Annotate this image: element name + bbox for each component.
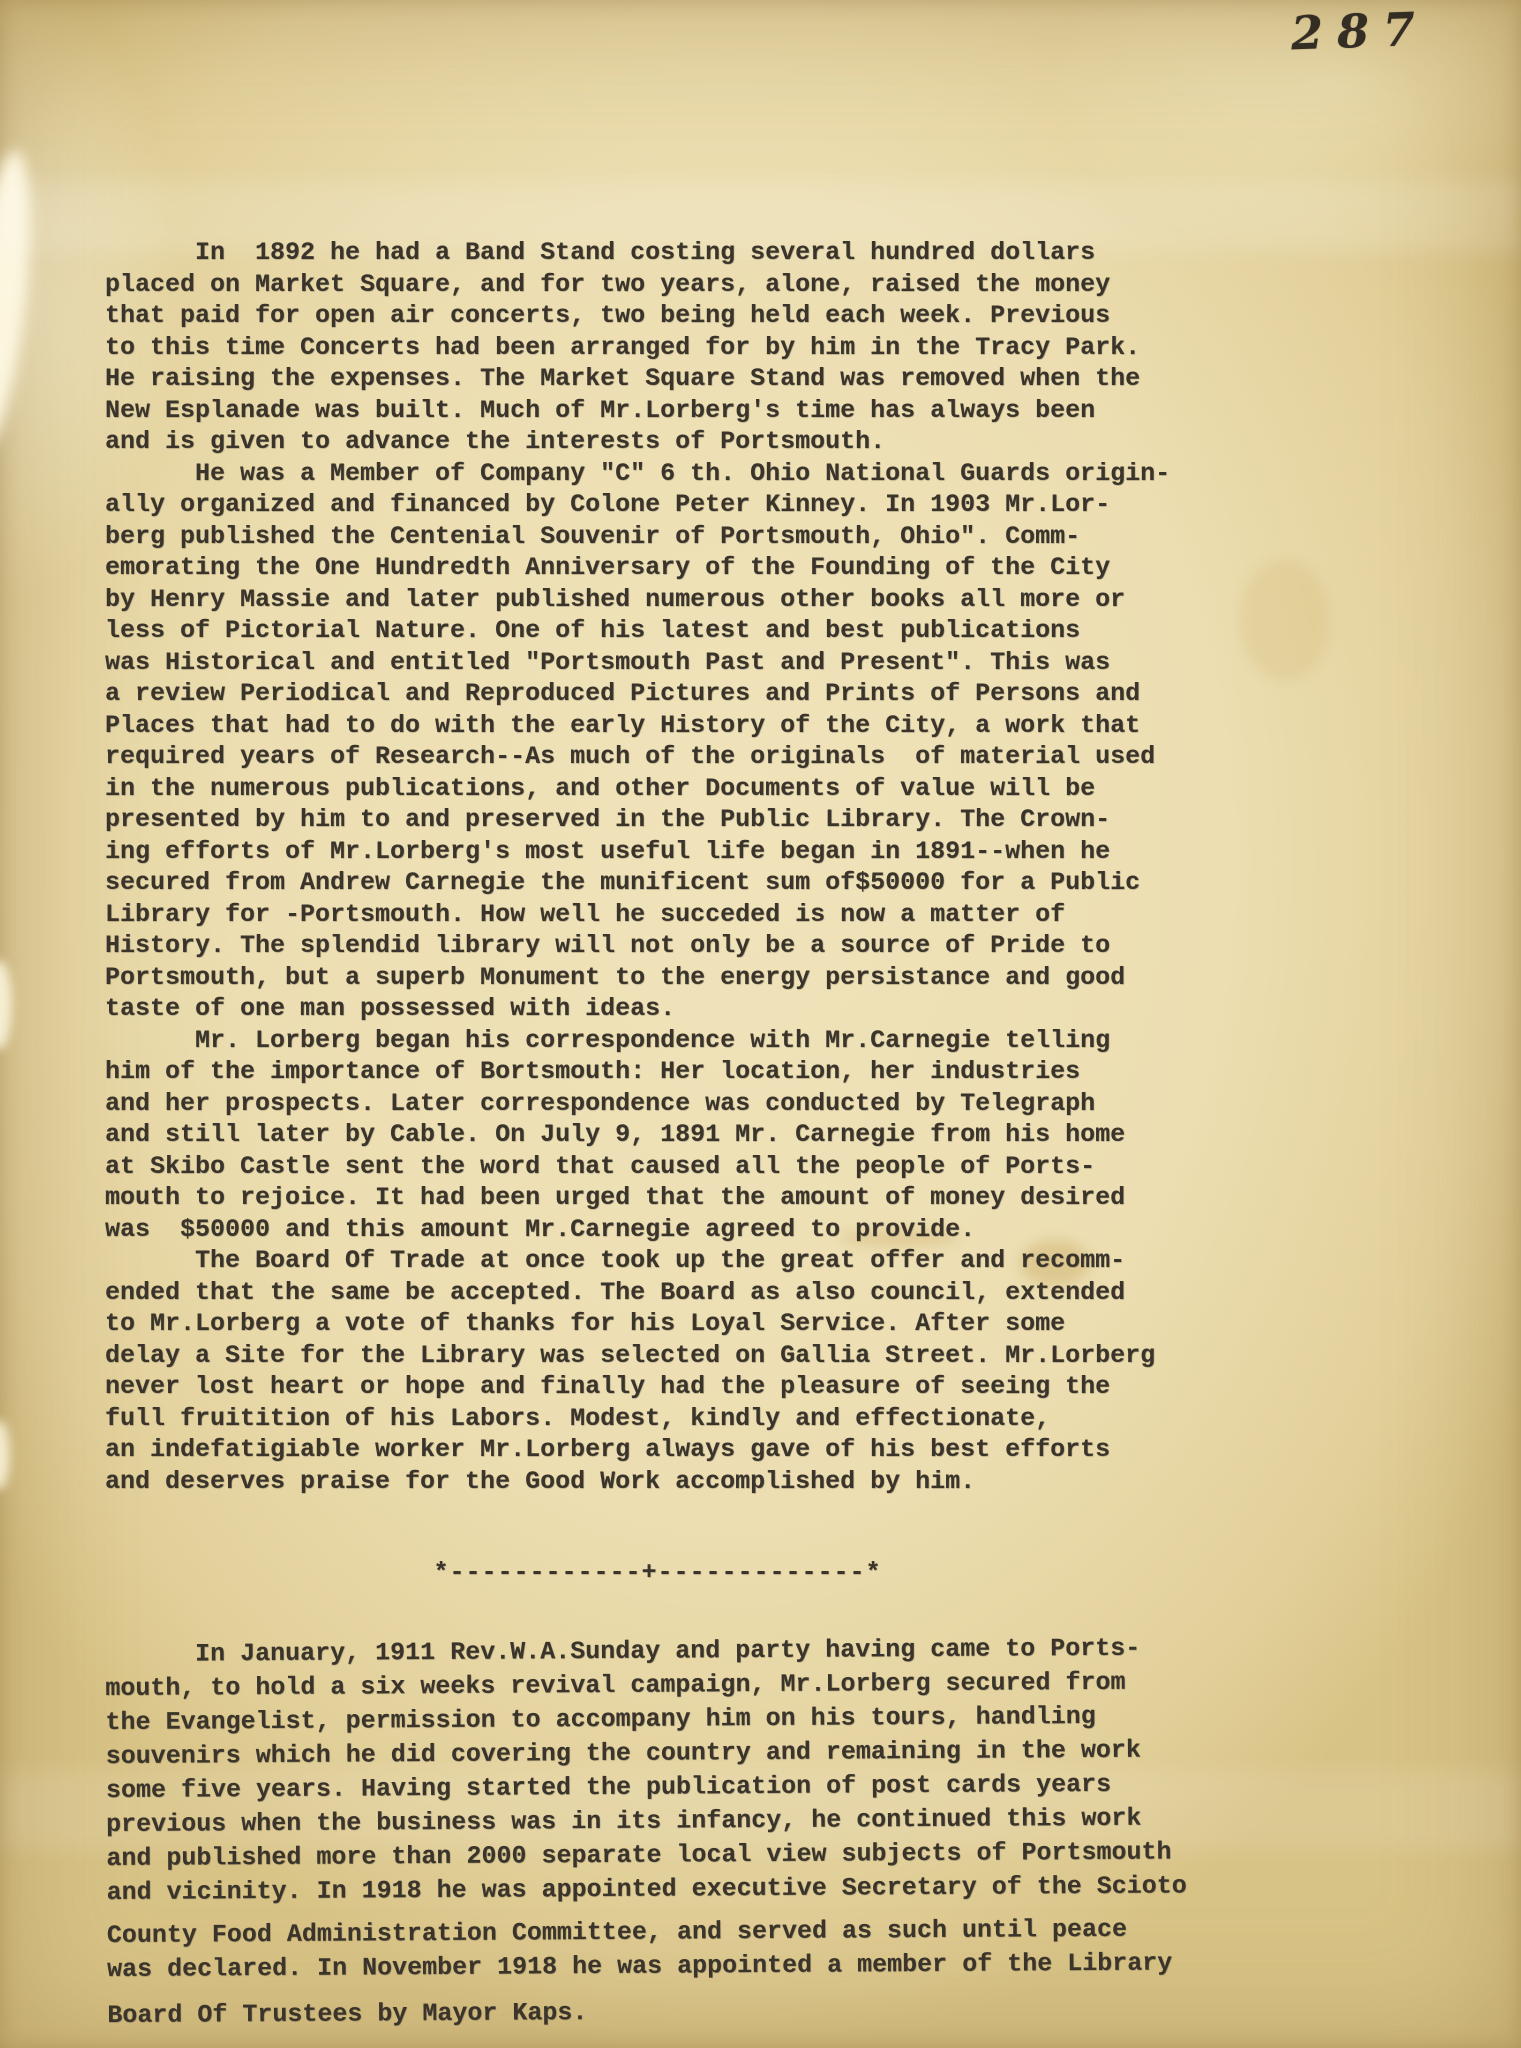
text-line: berg published the Centenial Souvenir of…: [105, 521, 1170, 553]
text-line: emorating the One Hundredth Anniversary …: [105, 552, 1170, 584]
text-line: Places that had to do with the early His…: [105, 710, 1170, 742]
text-line: full fruitition of his Labors. Modest, k…: [105, 1403, 1170, 1435]
text-line: He raising the expenses. The Market Squa…: [105, 363, 1170, 395]
text-line: by Henry Massie and later published nume…: [105, 584, 1170, 616]
text-line: ally organized and financed by Colone Pe…: [105, 489, 1170, 521]
text-line: taste of one man possessed with ideas.: [105, 993, 1170, 1025]
text-line: at Skibo Castle sent the word that cause…: [105, 1151, 1170, 1183]
text-line: secured from Andrew Carnegie the munific…: [105, 867, 1170, 899]
text-line: to Mr.Lorberg a vote of thanks for his L…: [105, 1308, 1170, 1340]
text-line: History. The splendid library will not o…: [105, 930, 1170, 962]
text-line: and still later by Cable. On July 9, 189…: [105, 1119, 1170, 1151]
text-line: He was a Member of Company "C" 6 th. Ohi…: [105, 458, 1170, 490]
torn-edge-highlight: [0, 1420, 10, 1490]
paper-stain: [1240, 560, 1330, 680]
text-line: Portsmouth, but a superb Monument to the…: [105, 962, 1170, 994]
text-line: and is given to advance the interests of…: [105, 426, 1170, 458]
text-line: an indefatigiable worker Mr.Lorberg alwa…: [105, 1434, 1170, 1466]
text-line: and deserves praise for the Good Work ac…: [105, 1466, 1170, 1498]
text-line: Library for -Portsmouth. How well he suc…: [105, 899, 1170, 931]
text-line: delay a Site for the Library was selecte…: [105, 1340, 1170, 1372]
text-line: a review Periodical and Reproduced Pictu…: [105, 678, 1170, 710]
text-line: mouth to rejoice. It had been urged that…: [105, 1182, 1170, 1214]
text-line: Board Of Trustees by Mayor Kaps.: [107, 1992, 1187, 2033]
text-line: in the numerous publications, and other …: [105, 773, 1170, 805]
text-line: less of Pictorial Nature. One of his lat…: [105, 615, 1170, 647]
text-line: and her prospects. Later correspondence …: [105, 1088, 1170, 1120]
text-line: was $50000 and this amount Mr.Carnegie a…: [105, 1214, 1170, 1246]
text-line: that paid for open air concerts, two bei…: [105, 300, 1170, 332]
scanned-document-page: 287 In 1892 he had a Band Stand costing …: [0, 0, 1521, 2048]
text-line: Mr. Lorberg began his correspondence wit…: [105, 1025, 1170, 1057]
text-line: The Board Of Trade at once took up the g…: [105, 1245, 1170, 1277]
text-line: was Historical and entitled "Portsmouth …: [105, 647, 1170, 679]
text-line: and vicinity. In 1918 he was appointed e…: [106, 1869, 1186, 1910]
torn-edge-highlight: [0, 148, 42, 452]
text-line: was declared. In November 1918 he was ap…: [107, 1946, 1187, 1987]
torn-edge-highlight: [0, 960, 12, 1050]
text-line: required years of Research--As much of t…: [105, 741, 1170, 773]
text-line: In 1892 he had a Band Stand costing seve…: [105, 237, 1170, 269]
text-line: him of the importance of Bortsmouth: Her…: [105, 1056, 1170, 1088]
text-line: ing efforts of Mr.Lorberg's most useful …: [105, 836, 1170, 868]
section-divider: *------------+-------------*: [105, 1558, 1210, 1587]
text-line: New Esplanade was built. Much of Mr.Lorb…: [105, 395, 1170, 427]
text-line: never lost heart or hope and finally had…: [105, 1371, 1170, 1403]
text-line: presented by him to and preserved in the…: [105, 804, 1170, 836]
text-line: to this time Concerts had been arranged …: [105, 332, 1170, 364]
typed-text-block-1: In 1892 he had a Band Stand costing seve…: [105, 237, 1170, 1497]
text-line: placed on Market Square, and for two yea…: [105, 269, 1170, 301]
text-line: ended that the same be accepted. The Boa…: [105, 1277, 1170, 1309]
handwritten-page-number: 287: [1290, 2, 1430, 61]
typed-text-block-2: In January, 1911 Rev.W.A.Sunday and part…: [105, 1631, 1188, 2033]
